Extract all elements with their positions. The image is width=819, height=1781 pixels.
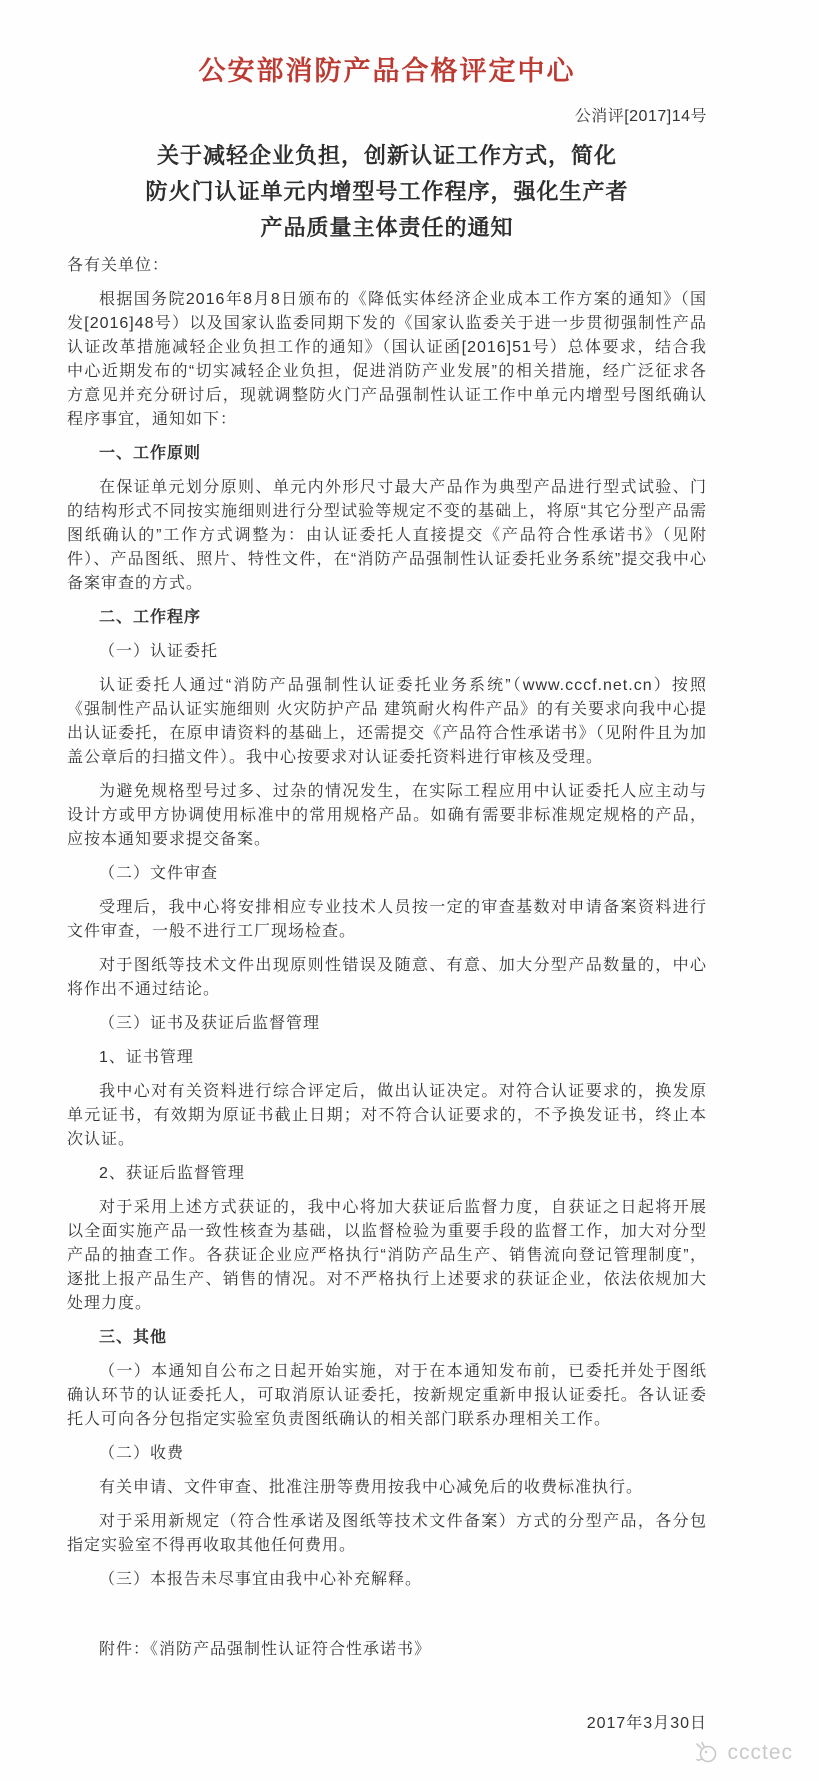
doc-title-line-2: 防火门认证单元内增型号工作程序，强化生产者 xyxy=(67,174,707,210)
watermark-text: ccctec xyxy=(727,1742,793,1764)
section-2-sub-1-paragraph-1: 认证委托人通过“消防产品强制性认证委托业务系统”（www.cccf.net.cn… xyxy=(67,674,707,770)
section-2-sub-1-paragraph-2: 为避免规格型号过多、过杂的情况发生，在实际工程应用中认证委托人应主动与设计方或甲… xyxy=(67,780,707,852)
salutation: 各有关单位： xyxy=(67,254,707,278)
section-3-sub-3-line: （三）本报告未尽事宜由我中心补充解释。 xyxy=(67,1568,707,1592)
section-2-sub-3-item-1-heading: 1、证书管理 xyxy=(67,1046,707,1070)
section-2-heading: 二、工作程序 xyxy=(67,606,707,630)
section-1-paragraph: 在保证单元划分原则、单元内外形尺寸最大产品作为典型产品进行型式试验、门的结构形式… xyxy=(67,476,707,596)
section-1-heading: 一、工作原则 xyxy=(67,442,707,466)
section-3-sub-2-heading: （二）收费 xyxy=(67,1442,707,1466)
section-2-sub-3-heading: （三）证书及获证后监督管理 xyxy=(67,1012,707,1036)
doc-title-line-3: 产品质量主体责任的通知 xyxy=(67,210,707,246)
section-3-sub-2-paragraph-1: 有关申请、文件审查、批准注册等费用按我中心减免后的收费标准执行。 xyxy=(67,1476,707,1500)
section-3-sub-2-paragraph-2: 对于采用新规定（符合性承诺及图纸等技术文件备案）方式的分型产品，各分包指定实验室… xyxy=(67,1510,707,1558)
watermark: ccctec xyxy=(693,1741,793,1765)
section-2-sub-2-paragraph-2: 对于图纸等技术文件出现原则性错误及随意、有意、加大分型产品数量的，中心将作出不通… xyxy=(67,954,707,1002)
section-2-sub-3-item-2-heading: 2、获证后监督管理 xyxy=(67,1162,707,1186)
section-2-sub-3-item-1-paragraph: 我中心对有关资料进行综合评定后，做出认证决定。对符合认证要求的，换发原单元证书，… xyxy=(67,1080,707,1152)
section-2-sub-1-heading: （一）认证委托 xyxy=(67,640,707,664)
doc-title-line-1: 关于减轻企业负担，创新认证工作方式，简化 xyxy=(67,138,707,174)
section-2-sub-3-item-2-paragraph: 对于采用上述方式获证的，我中心将加大获证后监督力度，自获证之日起将开展以全面实施… xyxy=(67,1196,707,1316)
intro-paragraph: 根据国务院2016年8月8日颁布的《降低实体经济企业成本工作方案的通知》（国发[… xyxy=(67,288,707,432)
doc-number: 公消评[2017]14号 xyxy=(67,107,707,126)
document-content: 公安部消防产品合格评定中心 公消评[2017]14号 关于减轻企业负担，创新认证… xyxy=(67,0,707,1736)
section-2-sub-2-heading: （二）文件审查 xyxy=(67,862,707,886)
doc-title: 关于减轻企业负担，创新认证工作方式，简化 防火门认证单元内增型号工作程序，强化生… xyxy=(67,138,707,246)
doc-date: 2017年3月30日 xyxy=(67,1712,707,1736)
section-3-heading: 三、其他 xyxy=(67,1326,707,1350)
section-2-sub-2-paragraph-1: 受理后，我中心将安排相应专业技术人员按一定的审查基数对申请备案资料进行文件审查，… xyxy=(67,896,707,944)
section-3-paragraph-1: （一）本通知自公布之日起开始实施，对于在本通知发布前，已委托并处于图纸确认环节的… xyxy=(67,1360,707,1432)
document-page: 公安部消防产品合格评定中心 公消评[2017]14号 关于减轻企业负担，创新认证… xyxy=(0,0,819,1781)
org-title: 公安部消防产品合格评定中心 xyxy=(67,54,707,88)
ccctec-logo-icon xyxy=(693,1741,721,1765)
attachment-line: 附件：《消防产品强制性认证符合性承诺书》 xyxy=(67,1638,707,1662)
